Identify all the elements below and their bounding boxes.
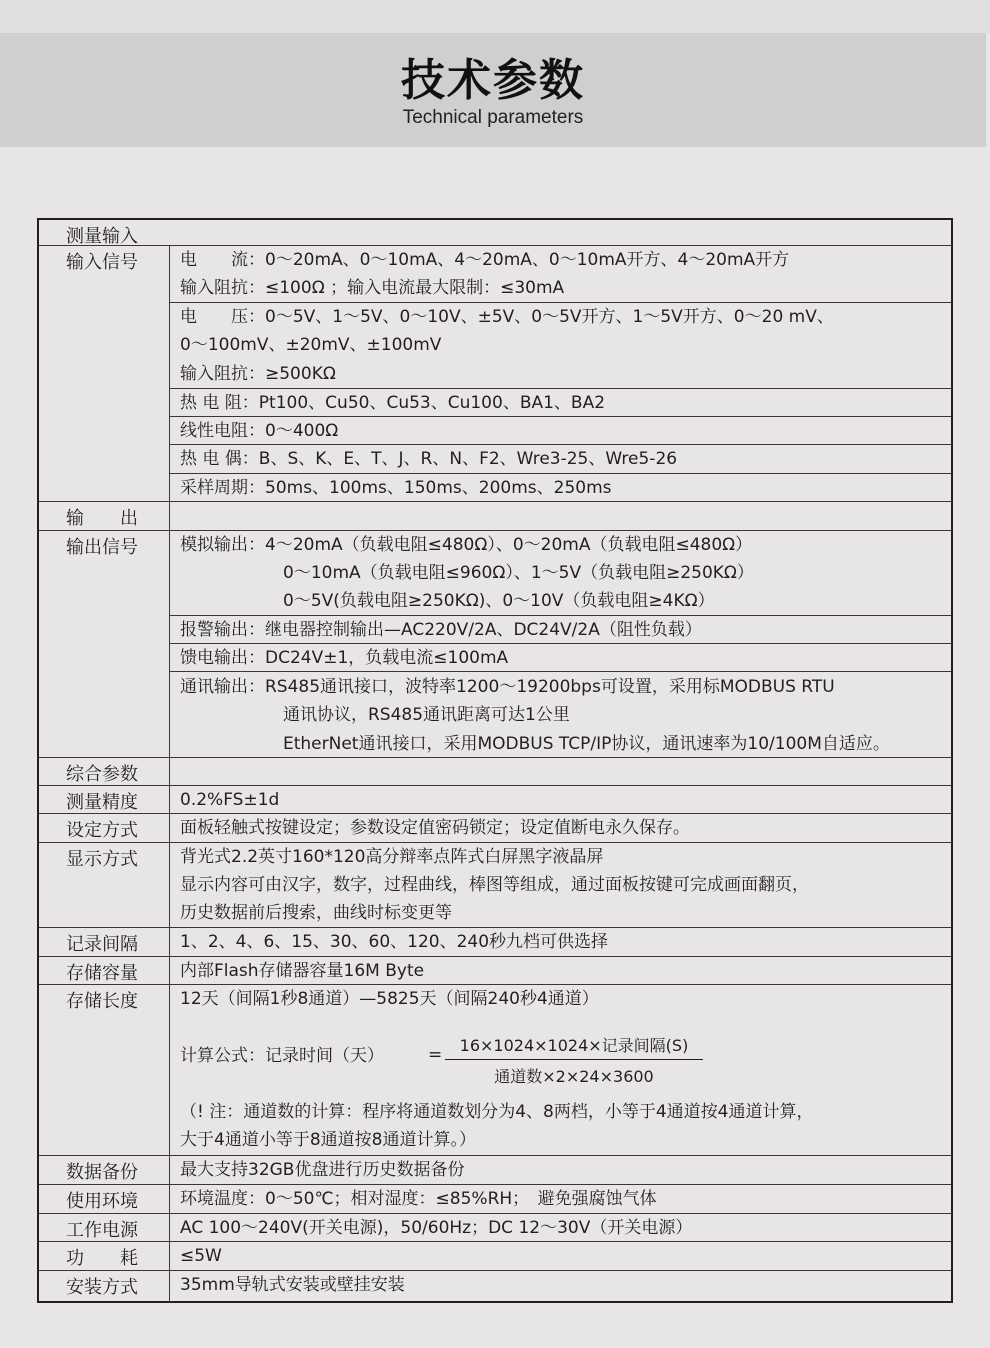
row-value: AC 100～240V(开关电源)，50/60Hz；DC 12～30V（开关电源… bbox=[169, 1214, 951, 1241]
row-setting: 设定方式 面板轻触式按键设定；参数设定值密码锁定；设定值断电永久保存。 bbox=[39, 814, 951, 843]
row-label: 设定方式 bbox=[66, 816, 138, 842]
text-line: 馈电输出：DC24V±1，负载电流≤100mA bbox=[180, 647, 508, 669]
text-line: 输入阻抗：≥500KΩ bbox=[180, 363, 336, 385]
text-line: 历史数据前后搜索，曲线时标变更等 bbox=[180, 902, 452, 924]
formula-denominator: 通道数×2×24×3600 bbox=[445, 1060, 703, 1087]
row-value: 面板轻触式按键设定；参数设定值密码锁定；设定值断电永久保存。 bbox=[169, 814, 951, 842]
row-environment: 使用环境 环境温度：0～50℃；相对湿度：≤85%RH； 避免强腐蚀气体 bbox=[39, 1185, 951, 1214]
text-line: 背光式2.2英寸160*120高分辩率点阵式白屏黑字液晶屏 bbox=[180, 846, 603, 868]
section-general: 综合参数 bbox=[39, 758, 951, 786]
row-installation: 安装方式 35mm导轨式安装或壁挂安装 bbox=[39, 1271, 951, 1303]
note-line: （! 注：通道数的计算：程序将通道数划分为4、8两档，小等于4通道按4通道计算， bbox=[180, 1101, 813, 1123]
row-label: 数据备份 bbox=[66, 1158, 138, 1184]
row-storage-capacity: 存储容量 内部Flash存储器容量16M Byte bbox=[39, 957, 951, 985]
row-power-supply: 工作电源 AC 100～240V(开关电源)，50/60Hz；DC 12～30V… bbox=[39, 1214, 951, 1242]
text-line: 内部Flash存储器容量16M Byte bbox=[180, 960, 424, 982]
input-voltage: 电 压：0～5V、1～5V、0～10V、±5V、0～5V开方、1～5V开方、0～… bbox=[170, 303, 951, 389]
row-accuracy: 测量精度 0.2%FS±1d bbox=[39, 786, 951, 814]
input-sampling-period: 采样周期：50ms、100ms、150ms、200ms、250ms bbox=[170, 474, 951, 502]
row-value: ≤5W bbox=[169, 1242, 951, 1270]
row-value bbox=[169, 502, 951, 530]
text-line: 0～100mV、±20mV、±100mV bbox=[180, 334, 441, 356]
text-line: 采样周期：50ms、100ms、150ms、200ms、250ms bbox=[180, 477, 612, 499]
input-thermocouple: 热 电 偶：B、S、K、E、T、J、R、N、F2、Wre3-25、Wre5-26 bbox=[170, 445, 951, 474]
row-label: 功 耗 bbox=[66, 1244, 138, 1270]
row-label: 工作电源 bbox=[66, 1216, 138, 1242]
text-line: 0～10mA（负载电阻≤960Ω）、1～5V（负载电阻≥250KΩ） bbox=[283, 562, 754, 584]
output-comm: 通讯输出：RS485通讯接口，波特率1200～19200bps可设置，采用标MO… bbox=[170, 672, 951, 758]
text-line: 通讯协议，RS485通讯距离可达1公里 bbox=[283, 704, 570, 726]
top-band bbox=[0, 0, 990, 33]
row-value: 0.2%FS±1d bbox=[169, 786, 951, 813]
text-line: 电 流：0～20mA、0～10mA、4～20mA、0～10mA开方、4～20mA… bbox=[180, 249, 789, 271]
text-line: 环境温度：0～50℃；相对湿度：≤85%RH； 避免强腐蚀气体 bbox=[180, 1188, 657, 1210]
section-label: 综合参数 bbox=[66, 760, 138, 786]
output-analog: 模拟输出：4～20mA（负载电阻≤480Ω）、0～20mA（负载电阻≤480Ω）… bbox=[170, 531, 951, 616]
formula-label: 计算公式：记录时间（天） bbox=[180, 1045, 384, 1067]
text-line: 电 压：0～5V、1～5V、0～10V、±5V、0～5V开方、1～5V开方、0～… bbox=[180, 306, 834, 328]
row-display: 显示方式 背光式2.2英寸160*120高分辩率点阵式白屏黑字液晶屏 显示内容可… bbox=[39, 843, 951, 928]
row-storage-length: 存储长度 12天（间隔1秒8通道）—5825天（间隔240秒4通道） 计算公式：… bbox=[39, 985, 951, 1156]
section-measurement-input: 测量输入 bbox=[39, 220, 951, 246]
row-value: 最大支持32GB优盘进行历史数据备份 bbox=[169, 1156, 951, 1184]
row-value: 背光式2.2英寸160*120高分辩率点阵式白屏黑字液晶屏 显示内容可由汉字，数… bbox=[169, 843, 951, 927]
text-line: ≤5W bbox=[180, 1245, 222, 1267]
row-label: 测量精度 bbox=[66, 788, 138, 814]
text-line: 模拟输出：4～20mA（负载电阻≤480Ω）、0～20mA（负载电阻≤480Ω） bbox=[180, 534, 752, 556]
section-output: 输 出 bbox=[39, 502, 951, 531]
row-label: 输出信号 bbox=[66, 533, 138, 559]
row-value: 模拟输出：4～20mA（负载电阻≤480Ω）、0～20mA（负载电阻≤480Ω）… bbox=[169, 531, 951, 757]
page-subtitle: Technical parameters bbox=[0, 107, 986, 129]
row-power-consumption: 功 耗 ≤5W bbox=[39, 1242, 951, 1271]
text-line: 热 电 偶：B、S、K、E、T、J、R、N、F2、Wre3-25、Wre5-26 bbox=[180, 448, 677, 470]
text-line: 热 电 阻：Pt100、Cu50、Cu53、Cu100、BA1、BA2 bbox=[180, 392, 605, 414]
text-line: 通讯输出：RS485通讯接口，波特率1200～19200bps可设置，采用标MO… bbox=[180, 676, 835, 698]
text-line: 35mm导轨式安装或壁挂安装 bbox=[180, 1274, 405, 1296]
section-label: 输 出 bbox=[66, 504, 138, 530]
input-linear-resistance: 线性电阻：0～400Ω bbox=[170, 417, 951, 445]
note-line: 大于4通道小等于8通道按8通道计算。） bbox=[180, 1129, 476, 1151]
row-output-signal: 输出信号 模拟输出：4～20mA（负载电阻≤480Ω）、0～20mA（负载电阻≤… bbox=[39, 531, 951, 758]
row-label: 存储容量 bbox=[66, 959, 138, 985]
row-value: 环境温度：0～50℃；相对湿度：≤85%RH； 避免强腐蚀气体 bbox=[169, 1185, 951, 1213]
text-line: 最大支持32GB优盘进行历史数据备份 bbox=[180, 1159, 464, 1181]
text-line: 12天（间隔1秒8通道）—5825天（间隔240秒4通道） bbox=[180, 988, 599, 1010]
row-label: 安装方式 bbox=[66, 1273, 138, 1299]
page-title: 技术参数 bbox=[0, 53, 986, 109]
header-banner: 技术参数 Technical parameters bbox=[0, 33, 986, 147]
text-line: 显示内容可由汉字，数字，过程曲线，棒图等组成，通过面板按键可完成画面翻页， bbox=[180, 874, 809, 896]
row-label: 使用环境 bbox=[66, 1187, 138, 1213]
text-line: 0.2%FS±1d bbox=[180, 789, 279, 811]
text-line: 输入阻抗：≤100Ω ；输入电流最大限制：≤30mA bbox=[180, 277, 564, 299]
text-line: 1、2、4、6、15、30、60、120、240秒九档可供选择 bbox=[180, 931, 608, 953]
output-feed: 馈电输出：DC24V±1，负载电流≤100mA bbox=[170, 644, 951, 672]
row-label: 输入信号 bbox=[66, 248, 138, 274]
formula-equals: = bbox=[428, 1045, 442, 1065]
text-line: EtherNet通讯接口，采用MODBUS TCP/IP协议，通讯速率为10/1… bbox=[283, 733, 890, 755]
text-line: AC 100～240V(开关电源)，50/60Hz；DC 12～30V（开关电源… bbox=[180, 1217, 692, 1239]
row-value: 电 流：0～20mA、0～10mA、4～20mA、0～10mA开方、4～20mA… bbox=[169, 246, 951, 501]
row-value bbox=[169, 758, 951, 785]
input-current: 电 流：0～20mA、0～10mA、4～20mA、0～10mA开方、4～20mA… bbox=[170, 246, 951, 303]
row-value: 1、2、4、6、15、30、60、120、240秒九档可供选择 bbox=[169, 928, 951, 956]
row-record-interval: 记录间隔 1、2、4、6、15、30、60、120、240秒九档可供选择 bbox=[39, 928, 951, 957]
formula-fraction: 16×1024×1024×记录间隔(S) 通道数×2×24×3600 bbox=[445, 1033, 703, 1087]
row-label: 存储长度 bbox=[66, 987, 138, 1013]
row-value: 内部Flash存储器容量16M Byte bbox=[169, 957, 951, 984]
formula-numerator: 16×1024×1024×记录间隔(S) bbox=[445, 1033, 703, 1060]
spec-table: 测量输入 输入信号 电 流：0～20mA、0～10mA、4～20mA、0～10m… bbox=[37, 218, 953, 1303]
row-input-signal: 输入信号 电 流：0～20mA、0～10mA、4～20mA、0～10mA开方、4… bbox=[39, 246, 951, 502]
output-alarm: 报警输出：继电器控制输出—AC220V/2A、DC24V/2A（阻性负载） bbox=[170, 616, 951, 644]
row-value: 35mm导轨式安装或壁挂安装 bbox=[169, 1271, 951, 1303]
row-label: 显示方式 bbox=[66, 845, 138, 871]
row-value: 12天（间隔1秒8通道）—5825天（间隔240秒4通道） 计算公式：记录时间（… bbox=[169, 985, 951, 1155]
section-label: 测量输入 bbox=[66, 222, 138, 248]
text-line: 报警输出：继电器控制输出—AC220V/2A、DC24V/2A（阻性负载） bbox=[180, 619, 702, 641]
text-line: 0～5V(负载电阻≥250KΩ)、0～10V（负载电阻≥4KΩ） bbox=[283, 590, 715, 612]
input-rtd: 热 电 阻：Pt100、Cu50、Cu53、Cu100、BA1、BA2 bbox=[170, 389, 951, 417]
row-label: 记录间隔 bbox=[66, 930, 138, 956]
text-line: 线性电阻：0～400Ω bbox=[180, 420, 338, 442]
text-line: 面板轻触式按键设定；参数设定值密码锁定；设定值断电永久保存。 bbox=[180, 817, 690, 839]
row-data-backup: 数据备份 最大支持32GB优盘进行历史数据备份 bbox=[39, 1156, 951, 1185]
